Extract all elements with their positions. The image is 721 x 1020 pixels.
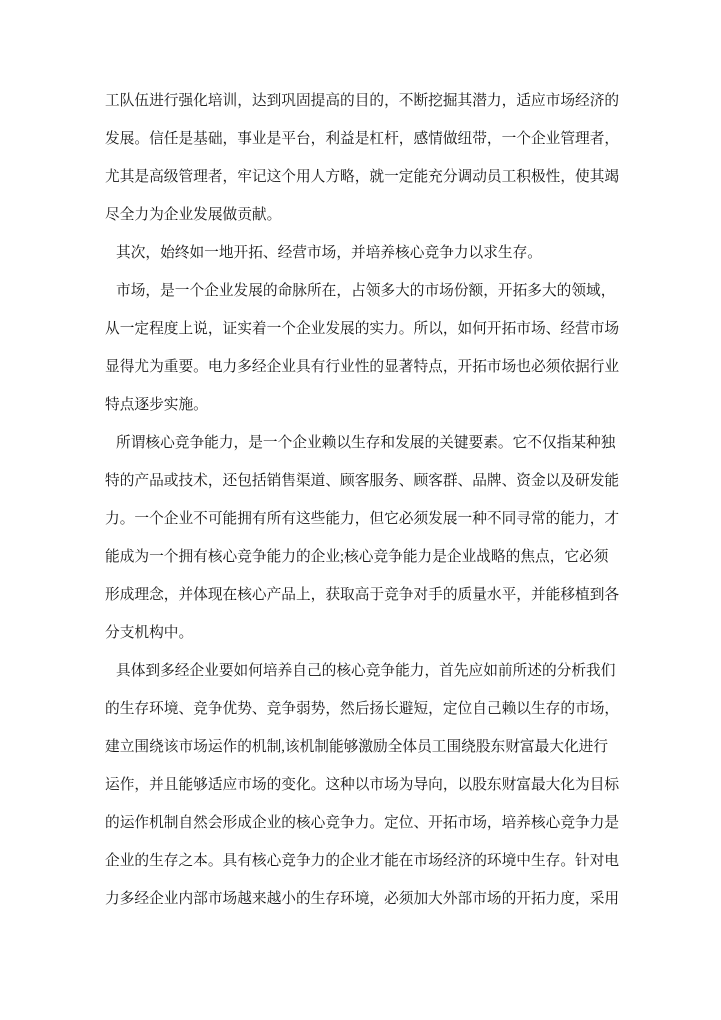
text-line: 力多经企业内部市场越来越小的生存环境，必须加大外部市场的开拓力度，采用 <box>105 880 623 918</box>
text-line: 发展。信任是基础，事业是平台，利益是杠杆，感情做纽带，一个企业管理者， <box>105 120 623 158</box>
paragraph: 其次，始终如一地开拓、经营市场，并培养核心竞争力以求生存。 <box>105 234 623 272</box>
paragraph: 市场，是一个企业发展的命脉所在，占领多大的市场份额，开拓多大的领域，从一定程度上… <box>105 272 623 424</box>
text-line: 市场，是一个企业发展的命脉所在，占领多大的市场份额，开拓多大的领域， <box>105 272 623 310</box>
text-line: 建立围绕该市场运作的机制,该机制能够激励全体员工围绕股东财富最大化进行 <box>105 728 623 766</box>
paragraph: 所谓核心竞争能力，是一个企业赖以生存和发展的关键要素。它不仅指某种独特的产品或技… <box>105 424 623 652</box>
text-line: 力。一个企业不可能拥有所有这些能力，但它必须发展一种不同寻常的能力，才 <box>105 500 623 538</box>
text-line: 显得尤为重要。电力多经企业具有行业性的显著特点，开拓市场也必须依据行业 <box>105 348 623 386</box>
text-line: 形成理念，并体现在核心产品上，获取高于竞争对手的质量水平，并能移植到各 <box>105 576 623 614</box>
paragraph: 工队伍进行强化培训，达到巩固提高的目的，不断挖掘其潜力，适应市场经济的发展。信任… <box>105 82 623 234</box>
text-line: 工队伍进行强化培训，达到巩固提高的目的，不断挖掘其潜力，适应市场经济的 <box>105 82 623 120</box>
text-line: 尽全力为企业发展做贡献。 <box>105 196 623 234</box>
text-line: 的生存环境、竞争优势、竞争弱势，然后扬长避短，定位自己赖以生存的市场， <box>105 690 623 728</box>
document-page: 工队伍进行强化培训，达到巩固提高的目的，不断挖掘其潜力，适应市场经济的发展。信任… <box>0 0 721 1020</box>
text-line: 所谓核心竞争能力，是一个企业赖以生存和发展的关键要素。它不仅指某种独 <box>105 424 623 462</box>
text-line: 从一定程度上说，证实着一个企业发展的实力。所以，如何开拓市场、经营市场 <box>105 310 623 348</box>
text-line: 的运作机制自然会形成企业的核心竞争力。定位、开拓市场，培养核心竞争力是 <box>105 804 623 842</box>
paragraph: 具体到多经企业要如何培养自己的核心竞争能力，首先应如前所述的分析我们的生存环境、… <box>105 652 623 918</box>
text-line: 特点逐步实施。 <box>105 386 623 424</box>
text-line: 分支机构中。 <box>105 614 623 652</box>
text-line: 特的产品或技术，还包括销售渠道、顾客服务、顾客群、品牌、资金以及研发能 <box>105 462 623 500</box>
text-line: 尤其是高级管理者，牢记这个用人方略，就一定能充分调动员工积极性，使其竭 <box>105 158 623 196</box>
text-line: 运作，并且能够适应市场的变化。这种以市场为导向，以股东财富最大化为目标 <box>105 766 623 804</box>
document-text-block: 工队伍进行强化培训，达到巩固提高的目的，不断挖掘其潜力，适应市场经济的发展。信任… <box>105 82 623 918</box>
text-line: 其次，始终如一地开拓、经营市场，并培养核心竞争力以求生存。 <box>105 234 623 272</box>
text-line: 具体到多经企业要如何培养自己的核心竞争能力，首先应如前所述的分析我们 <box>105 652 623 690</box>
text-line: 能成为一个拥有核心竞争能力的企业;核心竞争能力是企业战略的焦点，它必须 <box>105 538 623 576</box>
text-line: 企业的生存之本。具有核心竞争力的企业才能在市场经济的环境中生存。针对电 <box>105 842 623 880</box>
